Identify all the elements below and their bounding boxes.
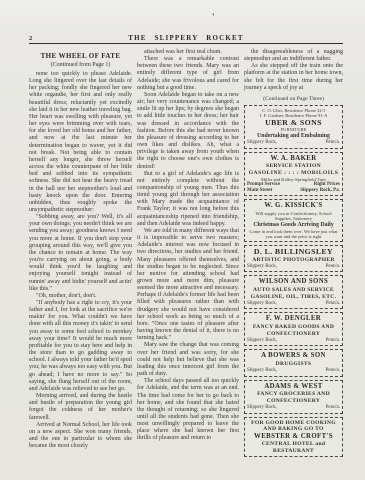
article-paragraph: "Oh, mother, don't, don't. xyxy=(29,293,132,300)
ad-business-name: WILSON AND SONS xyxy=(247,278,340,287)
article-continued-from: (Continued from Page 1) xyxy=(29,62,132,68)
ad-location-line: Slippery Rock, Penn'a. xyxy=(247,368,340,374)
ad-w-a-baker: W. A. BAKER SERVICE STATION GASOLINE : :… xyxy=(244,152,343,197)
page-number: 2 xyxy=(29,35,51,42)
ad-detail-line: Will supply you in Confectionery, School… xyxy=(247,211,340,222)
ad-detail-row: Main Street Slippery Rock, Pa. xyxy=(247,188,340,194)
ad-location-line: Slippery Rock, Penn'a. xyxy=(247,338,340,344)
ad-subtitle: FANCY BAKED GOODS AND CONFECTIONERY xyxy=(247,324,340,337)
ad-location-dots: . . . . xyxy=(297,140,306,146)
article-paragraph: none too quickly to please Adelaide. Lon… xyxy=(29,71,132,214)
ad-f-w-dengler: F. W. DENGLER FANCY BAKED GOODS AND CONF… xyxy=(244,312,343,346)
article-paragraph: Arrived at Normal School, her life took … xyxy=(29,422,132,451)
ad-location-town: Slippery Rock, xyxy=(247,338,277,344)
article-paragraph: We are told in many different ways that … xyxy=(137,228,239,343)
ad-location-line: Slippery Rock, Penn'a. xyxy=(247,301,340,307)
column-3: the disagreeableness of a nagging stepmo… xyxy=(244,49,343,457)
ad-subtitle: DRUGGISTS xyxy=(247,361,340,368)
article-paragraph: But to a girl of Adelaide's age life is … xyxy=(137,171,239,228)
ad-location-state: Penn'a. xyxy=(326,140,340,146)
page-content: 2 THE SLIPPERY ROCKET THE WHEEL OF FATE … xyxy=(29,34,343,457)
ad-location-state: Penn'a. xyxy=(326,264,340,270)
ad-subtitle: SERVICE STATION xyxy=(247,163,340,170)
ad-webster-and-croft: FOR GOOD HOME COOKING AND BAKING GO TO W… xyxy=(244,417,343,457)
ad-detail-right: Slippery Rock, Pa. xyxy=(300,188,340,194)
ad-business-name: ADAMS & WEST xyxy=(247,383,340,392)
column-1: THE WHEEL OF FATE (Continued from Page 1… xyxy=(29,49,132,457)
ad-location-town: Slippery Rock, xyxy=(247,368,277,374)
ad-subtitle: AUTO SALES AND SERVICE xyxy=(247,287,340,294)
article-paragraph: The school days passed all too quickly f… xyxy=(137,378,239,442)
article-paragraph: "Sobbing away, are you? Well, it's all y… xyxy=(29,214,132,293)
column-2: attached was her first real chum. There … xyxy=(137,49,239,457)
ad-uber-and-sons: C. O. Uber, Residence Phone 32-J J. F. G… xyxy=(244,105,343,149)
article-paragraph: "If anybody has a right to cry, it's you… xyxy=(29,300,132,393)
ad-adams-and-west: ADAMS & WEST FANCY GROCERIES AND CONFECT… xyxy=(244,380,343,414)
ad-location-town: Slippery Rock, xyxy=(247,405,277,411)
ad-subtitle: CENTRAL HOTEL and RESTAURANT xyxy=(247,441,340,454)
page-header: 2 THE SLIPPERY ROCKET xyxy=(29,34,343,44)
ad-headline: Christmas Goods Arriving Daily xyxy=(247,222,340,229)
advertisement-stack: C. O. Uber, Residence Phone 32-J J. F. G… xyxy=(244,105,343,457)
article-paragraph: As she stepped off the train onto the pl… xyxy=(244,63,343,92)
ad-location-state: Penn'a. xyxy=(326,405,340,411)
ad-a-bowers-and-son: A BOWERS & SON DRUGGISTS Slippery Rock, … xyxy=(244,349,343,376)
ad-location-state: Penn'a. xyxy=(326,301,340,307)
article-continued-on: (Continued on Page Three) xyxy=(244,96,343,102)
ad-location-town: Slippery Rock, xyxy=(247,264,277,270)
ad-subtitle: FANCY GROCERIES AND CONFECTIONERY xyxy=(247,391,340,404)
ad-detail-left: Main Street xyxy=(247,188,272,194)
ad-service-line: Undertaking and Embalming xyxy=(247,133,340,140)
ad-business-name: F. W. DENGLER xyxy=(247,315,340,324)
ad-business-name: UBER & SONS xyxy=(247,119,340,128)
ad-subtitle: ARTISTIC PHOTOGRAPHER xyxy=(247,257,340,264)
ad-business-name: D. L. BILLINGSLEY xyxy=(247,248,340,257)
newspaper-page: ' 2 THE SLIPPERY ROCKET THE WHEEL OF FAT… xyxy=(0,0,365,480)
ink-mark: ' xyxy=(212,12,215,22)
ad-location-line: Slippery Rock, . . . . Penn'a. xyxy=(247,140,340,146)
ad-location-line: Slippery Rock, Penn'a. xyxy=(247,264,340,270)
ad-location-state: Penn'a. xyxy=(326,368,340,374)
ad-wilson-and-sons: WILSON AND SONS AUTO SALES AND SERVICE G… xyxy=(244,275,343,309)
ad-business-name: W. A. BAKER xyxy=(247,155,340,164)
ad-location-town: Slippery Rock, xyxy=(247,140,277,146)
ad-location-town: Slippery Rock, xyxy=(247,301,277,307)
article-paragraph: There was a remarkable contrast between … xyxy=(137,56,239,92)
ad-d-l-billingsley: D. L. BILLINGSLEY ARTISTIC PHOTOGRAPHER … xyxy=(244,245,343,272)
ad-business-name: A BOWERS & SON xyxy=(247,352,340,361)
ad-business-name: W. G. KISSICK'S xyxy=(247,202,340,211)
article-paragraph: the disagreeableness of a nagging stepmo… xyxy=(244,49,343,63)
ad-service-line: GASOLINE, OIL, TIRES, ETC. xyxy=(247,294,340,301)
ad-service-line: GASOLINE : : : : MOBILOILS xyxy=(247,170,340,177)
ad-headline: FOR GOOD HOME COOKING AND BAKING GO TO xyxy=(247,420,340,433)
article-paragraph: Soon Adelaide began to take on a new air… xyxy=(137,92,239,171)
article-paragraph: attached was her first real chum. xyxy=(137,49,239,56)
ad-detail-line: Come in and look them over. We have just… xyxy=(247,229,340,240)
ad-location-state: Penn'a. xyxy=(326,338,340,344)
article-paragraph: Mary saw the change that was coming over… xyxy=(137,342,239,378)
article-title: THE WHEEL OF FATE xyxy=(29,52,132,60)
masthead-title: THE SLIPPERY ROCKET xyxy=(51,34,321,42)
ad-w-g-kissick: W. G. KISSICK'S Will supply you in Confe… xyxy=(244,199,343,242)
ad-business-name: WEBSTER & CROFT'S xyxy=(247,433,340,442)
column-layout: THE WHEEL OF FATE (Continued from Page 1… xyxy=(29,49,343,457)
article-paragraph: Morning arrived, and during the hustle a… xyxy=(29,393,132,422)
ad-location-line: Slippery Rock, Penn'a. xyxy=(247,405,340,411)
